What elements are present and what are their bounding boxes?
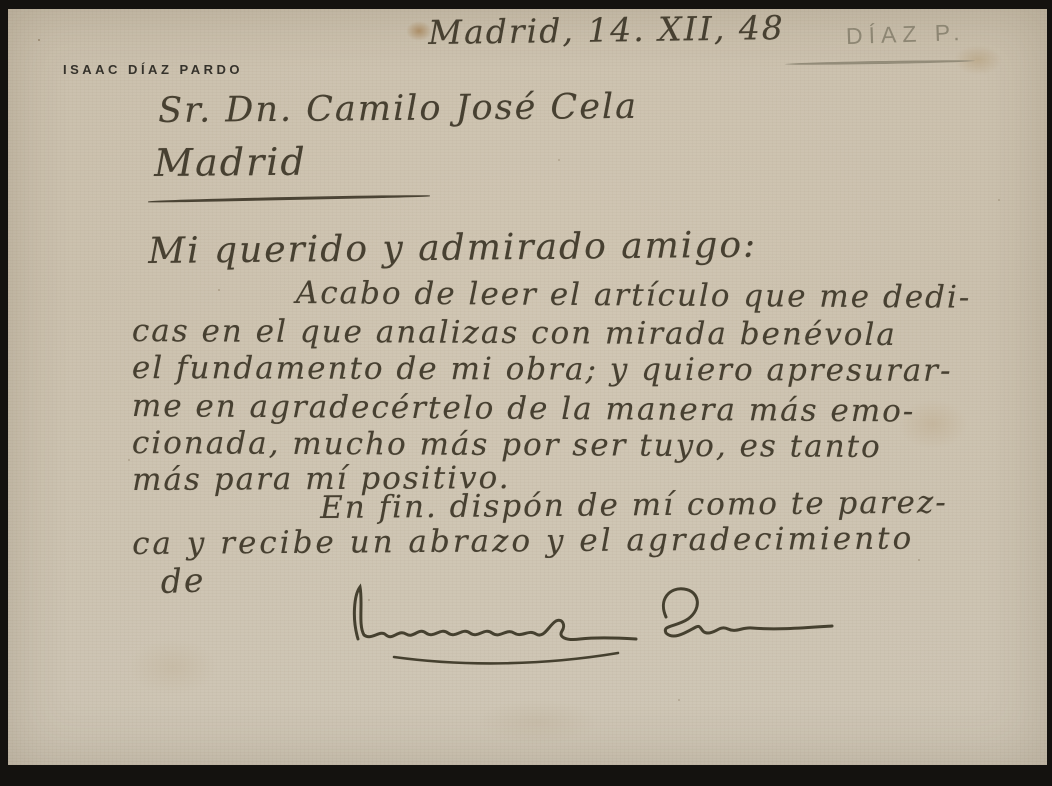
signature-scrawl [336,581,848,673]
body-line: Acabo de leer el artículo que me dedi- [296,275,972,316]
body-line: me en agradecértelo de la manera más emo… [132,388,916,429]
closing-pre-signature: de [160,560,206,601]
recipient-city-underline [148,194,430,203]
body-line: cas en el que analizas con mirada benévo… [132,313,897,353]
archival-underline [785,59,975,65]
salutation-line: Mi querido y admirado amigo: [148,225,757,272]
paper-speckles [38,39,40,41]
body-line: En fin. dispón de mí como te parez- [320,485,948,526]
paper-stain [128,639,218,695]
body-line: ca y recibe un abrazo y el agradecimient… [132,521,914,562]
body-line: cionada, mucho más por ser tuyo, es tant… [132,425,882,465]
recipient-name: Sr. Dn. Camilo José Cela [158,87,638,131]
recipient-city: Madrid [154,140,307,185]
scan-frame: ISAAC DÍAZ PARDO Madrid, 14. XII, 48 DÍA… [0,0,1052,786]
letterhead-name: ISAAC DÍAZ PARDO [63,62,243,77]
date-line: Madrid, 14. XII, 48 [428,8,785,52]
letter-paper: ISAAC DÍAZ PARDO Madrid, 14. XII, 48 DÍA… [8,9,1047,765]
archival-annotation: DÍAZ P. [846,19,966,50]
body-line: el fundamento de mi obra; y quiero apres… [132,350,953,389]
paper-stain [478,699,598,745]
